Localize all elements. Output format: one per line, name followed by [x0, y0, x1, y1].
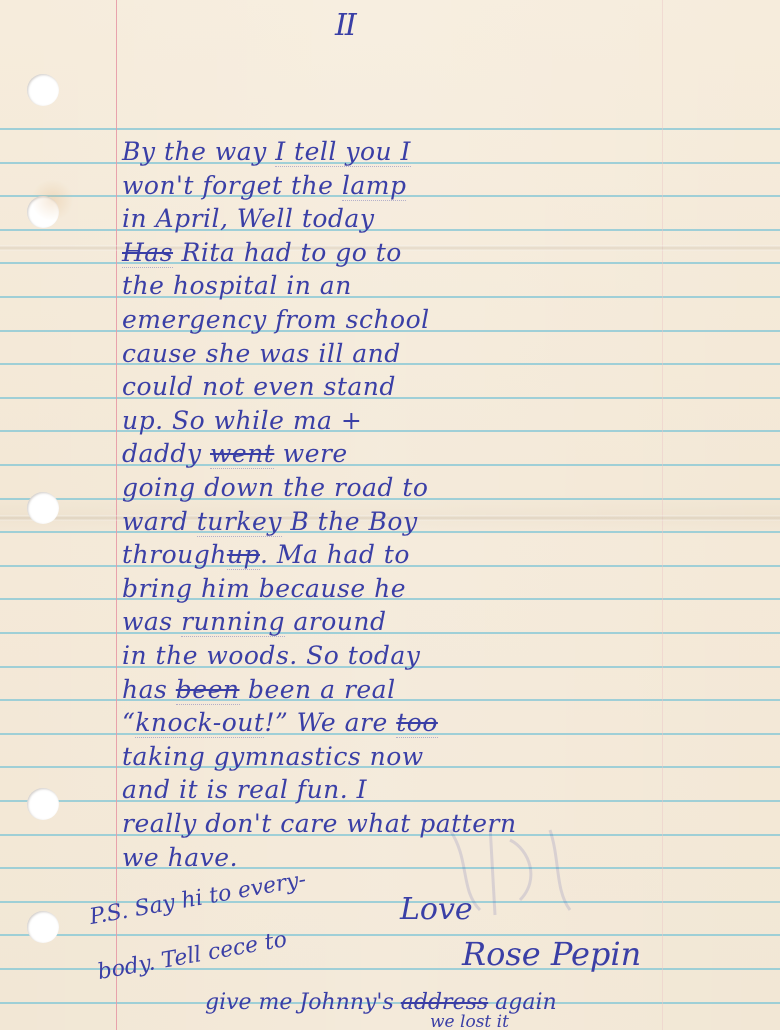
letter-line: bring him because he: [122, 573, 406, 605]
letter-text: ward: [122, 507, 197, 536]
ruled-line: [0, 800, 780, 802]
letter-text: “: [122, 708, 135, 737]
punch-hole: [27, 74, 59, 106]
letter-text: been a real: [240, 675, 396, 704]
page-number: II: [335, 8, 355, 43]
letter-text: going down the road to: [122, 473, 428, 502]
letter-text: around: [285, 607, 387, 636]
letter-text: B the Boy: [282, 507, 418, 536]
letter-line: was running around: [122, 606, 387, 638]
struck-word: Has: [122, 238, 173, 268]
paper-stain: [30, 180, 75, 220]
letter-text: the hospital in an: [122, 271, 352, 300]
letter-line: cause she was ill and: [122, 338, 401, 370]
letter-text: cause she was ill and: [122, 339, 401, 368]
letter-text: By the way: [122, 137, 275, 166]
ruled-line: [0, 128, 780, 130]
struck-word: been: [176, 675, 240, 705]
ruled-line: [0, 296, 780, 298]
letter-text: in the woods. So today: [122, 641, 420, 670]
letter-line: won't forget the lamp: [122, 170, 406, 202]
letter-text: has: [122, 675, 176, 704]
letter-line: “knock-out!” We are too: [122, 707, 438, 739]
letter-line: Has Rita had to go to: [122, 237, 402, 269]
letter-text: !” We are: [264, 708, 396, 737]
letter-text: could not even stand: [122, 372, 396, 401]
letter-text: taking gymnastics now: [122, 742, 424, 771]
letter-text: in April, Well today: [122, 204, 374, 233]
letter-line: daddy went were: [122, 438, 348, 470]
valediction: Love: [400, 892, 473, 927]
letter-text: Rita had to go to: [173, 238, 402, 267]
ruled-line: [0, 464, 780, 466]
letter-line: up. So while ma +: [122, 405, 362, 437]
letter-text: emergency from school: [122, 305, 430, 334]
ruled-line: [0, 867, 780, 869]
letter-line: throughup. Ma had to: [122, 539, 410, 571]
ruled-line: [0, 632, 780, 634]
letter-line: the hospital in an: [122, 270, 352, 302]
ruled-line: [0, 229, 780, 231]
letter-text: up. So while ma +: [122, 406, 362, 435]
letter-line: taking gymnastics now: [122, 741, 424, 773]
letter-line: and it is real fun. I: [122, 774, 367, 806]
postscript-note: we lost it: [430, 1012, 509, 1030]
letter-line: going down the road to: [122, 472, 428, 504]
ruled-line: [0, 934, 780, 936]
letter-line: could not even stand: [122, 371, 396, 403]
letter-text: were: [274, 439, 347, 468]
letter-text: daddy: [122, 439, 210, 468]
punch-hole: [27, 788, 59, 820]
letter-line: in April, Well today: [122, 203, 374, 235]
signature: Rose Pepin: [462, 935, 641, 973]
letter-line: By the way I tell you I: [122, 136, 411, 168]
letter-text: was: [122, 607, 181, 636]
letter-line: ward turkey B the Boy: [122, 506, 418, 538]
punch-hole: [27, 911, 59, 943]
letter-line: really don't care what pattern: [122, 808, 517, 840]
uncertain-word: running: [181, 607, 285, 637]
struck-word: too: [396, 708, 438, 738]
uncertain-word: I tell you I: [275, 137, 411, 167]
letter-text: and it is real fun. I: [122, 775, 367, 804]
letter-text: we have.: [122, 843, 238, 872]
punch-hole: [27, 492, 59, 524]
ruled-line: [0, 430, 780, 432]
letter-line: emergency from school: [122, 304, 430, 336]
letter-text: really don't care what pattern: [122, 809, 517, 838]
letter-text: won't forget the: [122, 171, 342, 200]
struck-word: up: [227, 540, 260, 570]
letter-text: . Ma had to: [260, 540, 410, 569]
letter-line: we have.: [122, 842, 238, 874]
letter-line: in the woods. So today: [122, 640, 420, 672]
uncertain-word: turkey: [197, 507, 282, 537]
letter-text: through: [122, 540, 227, 569]
uncertain-word: lamp: [342, 171, 407, 201]
letter-text: bring him because he: [122, 574, 406, 603]
letter-line: has been been a real: [122, 674, 396, 706]
postscript-text: give me Johnny's: [205, 990, 401, 1015]
struck-word: went: [210, 439, 274, 469]
uncertain-word: knock-out: [135, 708, 264, 738]
